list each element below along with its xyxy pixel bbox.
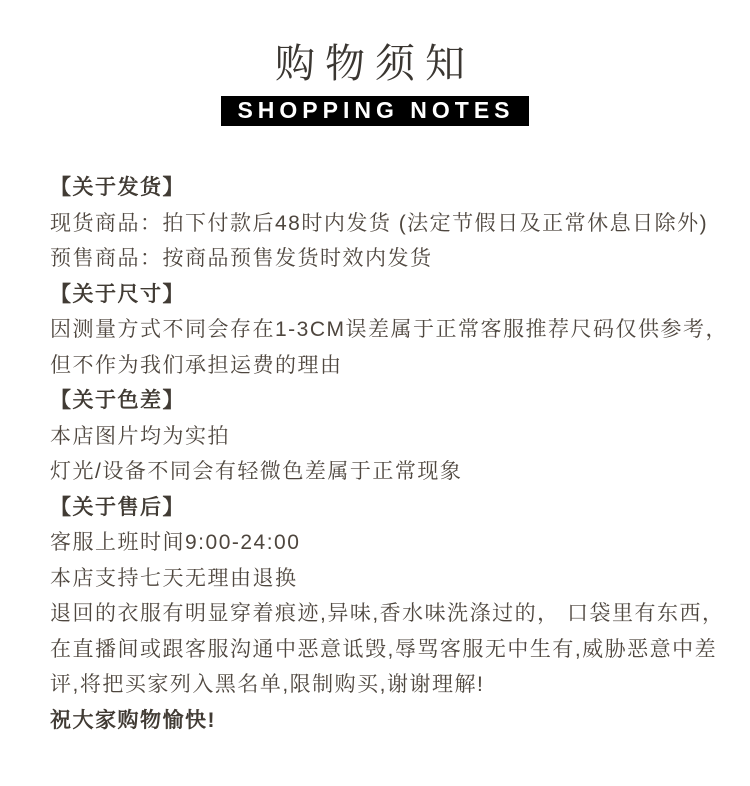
section-color-difference: 【关于色差】 本店图片均为实拍 灯光/设备不同会有轻微色差属于正常现象 xyxy=(50,383,724,490)
section-size-heading: 【关于尺寸】 xyxy=(50,277,724,313)
footer-note: 祝大家购物愉快! xyxy=(50,703,724,739)
section-color-difference-line: 灯光/设备不同会有轻微色差属于正常现象 xyxy=(50,454,724,490)
section-after-sales-line: 客服上班时间9:00-24:00 xyxy=(50,525,724,561)
section-size: 【关于尺寸】 因测量方式不同会存在1-3CM误差属于正常客服推荐尺码仅供参考， … xyxy=(50,277,724,384)
section-after-sales-line: 评,将把买家列入黑名单,限制购买,谢谢理解! xyxy=(50,667,724,703)
section-shipping-line: 现货商品：拍下付款后48时内发货 (法定节假日及正常休息日除外) xyxy=(50,206,724,242)
notes-content: 【关于发货】 现货商品：拍下付款后48时内发货 (法定节假日及正常休息日除外) … xyxy=(0,170,750,738)
page-title: 购物须知 xyxy=(0,0,750,89)
section-shipping: 【关于发货】 现货商品：拍下付款后48时内发货 (法定节假日及正常休息日除外) … xyxy=(50,170,724,277)
section-shipping-line: 预售商品：按商品预售发货时效内发货 xyxy=(50,241,724,277)
section-color-difference-heading: 【关于色差】 xyxy=(50,383,724,419)
section-after-sales: 【关于售后】 客服上班时间9:00-24:00 本店支持七天无理由退换 退回的衣… xyxy=(50,490,724,703)
section-size-line: 但不作为我们承担运费的理由 xyxy=(50,348,724,384)
section-color-difference-line: 本店图片均为实拍 xyxy=(50,419,724,455)
section-size-line: 因测量方式不同会存在1-3CM误差属于正常客服推荐尺码仅供参考， xyxy=(50,312,724,348)
section-after-sales-line: 退回的衣服有明显穿着痕迹,异味,香水味洗涤过的， 口袋里有东西， xyxy=(50,596,724,632)
section-after-sales-line: 在直播间或跟客服沟通中恶意诋毁,辱骂客服无中生有,威胁恶意中差 xyxy=(50,632,724,668)
subtitle-banner-wrap: SHOPPING NOTES xyxy=(0,96,750,126)
section-after-sales-heading: 【关于售后】 xyxy=(50,490,724,526)
section-after-sales-line: 本店支持七天无理由退换 xyxy=(50,561,724,597)
section-shipping-heading: 【关于发货】 xyxy=(50,170,724,206)
shopping-notes-page: 购物须知 SHOPPING NOTES 【关于发货】 现货商品：拍下付款后48时… xyxy=(0,0,750,786)
subtitle-banner: SHOPPING NOTES xyxy=(221,96,528,126)
